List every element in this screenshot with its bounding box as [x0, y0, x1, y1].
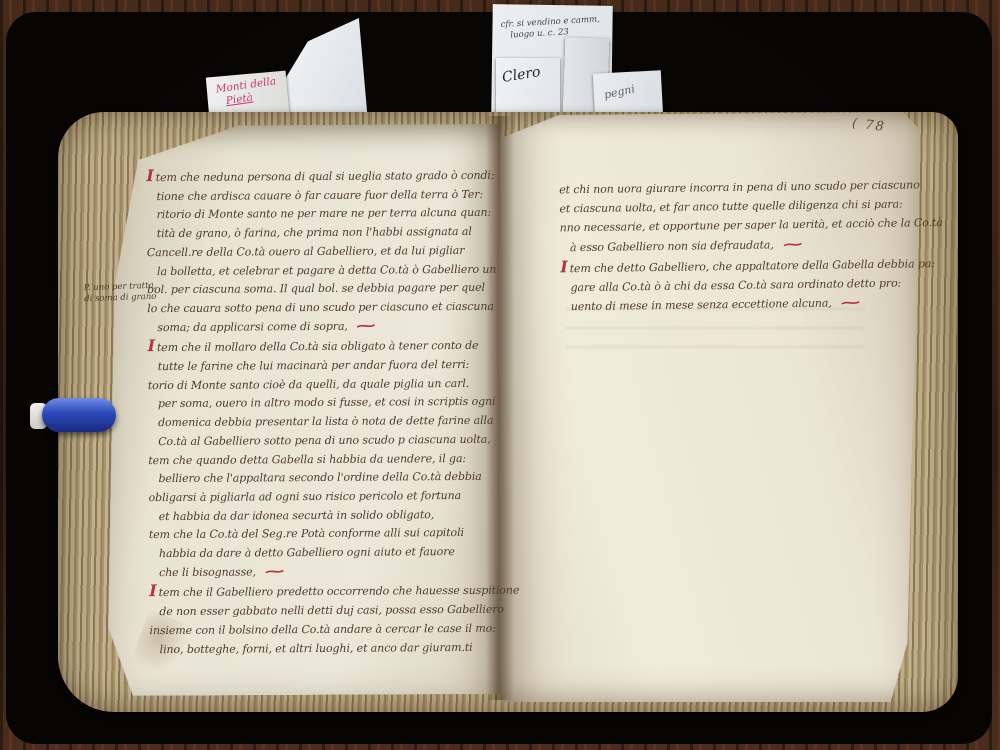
- manuscript-line-text: lo che cauara sotto pena di uno scudo pe…: [147, 300, 494, 315]
- manuscript-line: habbia da dare à detto Gabelliero ogni a…: [159, 543, 485, 564]
- manuscript-line-text: et chi non uora giurare incorra in pena …: [559, 178, 920, 196]
- manuscript-line-text: insieme con il bolsino della Co.tà andar…: [149, 622, 495, 637]
- manuscript-line-text: torio di Monte santo cioè da quelli, da …: [148, 377, 469, 392]
- manuscript-line: Co.tà al Gabelliero sotto pena di uno sc…: [158, 431, 484, 452]
- margin-note: P. uno per tratta, di soma di grano: [84, 281, 155, 305]
- red-initial: I: [560, 257, 568, 276]
- manuscript-line: Cancell.re della Co.tà ouero al Gabellie…: [147, 242, 483, 263]
- manuscript-line-text: bol. per ciascuna soma. Il qual bol. se …: [147, 281, 485, 296]
- red-flourish-mark: ~: [836, 290, 864, 316]
- red-initial: I: [147, 336, 155, 355]
- manuscript-line-text: tutte le farine che lui macinarà per and…: [158, 358, 470, 373]
- left-page-text: Item che neduna persona di qual si uegli…: [146, 165, 485, 660]
- red-flourish-mark: ~: [260, 560, 288, 585]
- manuscript-line: lino, botteghe, forni, et altri luoghi, …: [160, 638, 486, 659]
- manuscript-line-text: tem che neduna persona di qual si ueglia…: [156, 169, 495, 184]
- clero-label: Clero: [501, 64, 542, 86]
- manuscript-line-text: che li bisognasse,: [159, 565, 256, 579]
- manuscript-line-text: Cancell.re della Co.tà ouero al Gabellie…: [147, 244, 465, 259]
- manuscript-line-text: tione che ardisca cauare ò far cauare fu…: [156, 188, 483, 203]
- manuscript-line-text: domenica debbia presentar la lista ò not…: [158, 414, 493, 429]
- manuscript-line: insieme con il bolsino della Co.tà andar…: [149, 620, 485, 641]
- manuscript-line: de non esser gabbato nelli detti duj cas…: [159, 601, 485, 622]
- manuscript-line: tem che quando detta Gabella si habbia d…: [148, 449, 484, 470]
- manuscript-line-text: la bolletta, et celebrar et pagare à det…: [157, 262, 496, 277]
- manuscript-line-text: tità de grano, ò farina, che prima non l…: [157, 225, 472, 240]
- manuscript-line-text: à esso Gabelliero non sia defraudata,: [570, 238, 774, 254]
- manuscript-line: obligarsi à pigliarla ad ogni suo risico…: [149, 487, 485, 508]
- manuscript-line-text: obligarsi à pigliarla ad ogni suo risico…: [149, 489, 462, 504]
- manuscript-line-text: belliero che l'appaltara secondo l'ordin…: [158, 470, 481, 485]
- manuscript-line-text: tem che detto Gabelliero, che appaltator…: [570, 257, 935, 275]
- manuscript-line: Item che il Gabelliero predetto occorren…: [149, 580, 485, 603]
- manuscript-line: la bolletta, et celebrar et pagare à det…: [157, 260, 483, 281]
- manuscript-line-text: lino, botteghe, forni, et altri luoghi, …: [160, 640, 473, 655]
- manuscript-line: belliero che l'appaltara secondo l'ordin…: [158, 468, 484, 489]
- manuscript-line: et habbia da dar idonea securtà in solid…: [159, 505, 485, 526]
- manuscript-line: ritorio di Monte santo ne per mare ne pe…: [157, 204, 483, 225]
- manuscript-line: soma; da applicarsi come di sopra,~: [157, 316, 483, 337]
- manuscript-line-text: soma; da applicarsi come di sopra,: [157, 319, 347, 333]
- pegni-label: pegni: [603, 82, 636, 101]
- clero-slip: Clero: [496, 58, 560, 120]
- manuscript-line: torio di Monte santo cioè da quelli, da …: [148, 375, 484, 396]
- manuscript-line-text: habbia da dare à detto Gabelliero ogni a…: [159, 545, 455, 560]
- red-initial: I: [149, 582, 157, 601]
- manuscript-line-text: et ciascuna uolta, et far anco tutte que…: [559, 198, 902, 216]
- manuscript-line: domenica debbia presentar la lista ò not…: [158, 412, 484, 433]
- red-flourish-mark: ~: [778, 231, 806, 257]
- manuscript-line-text: tem che la Co.tà del Seg.re Potà conform…: [149, 526, 464, 541]
- manuscript-line: tutte le farine che lui macinarà per and…: [158, 356, 484, 377]
- manuscript-line: tità de grano, ò farina, che prima non l…: [157, 223, 483, 244]
- manuscript-line-text: tem che quando detta Gabella si habbia d…: [148, 452, 466, 467]
- red-initial: I: [146, 166, 154, 185]
- manuscript-line: tione che ardisca cauare ò far cauare fu…: [156, 186, 482, 207]
- manuscript-line: per soma, ouero in altro modo si fusse, …: [158, 393, 484, 414]
- manuscript-line-text: et habbia da dar idonea securtà in solid…: [159, 508, 435, 523]
- manuscript-line-text: per soma, ouero in altro modo si fusse, …: [158, 395, 496, 410]
- manuscript-line: che li bisognasse,~: [159, 562, 485, 583]
- manuscript-line-text: Co.tà al Gabelliero sotto pena di uno sc…: [158, 433, 491, 448]
- blue-clip-body: [42, 398, 116, 432]
- manuscript-line-text: tem che il Gabelliero predetto occorrend…: [159, 584, 520, 600]
- manuscript-line-text: tem che il mollaro della Co.tà sia oblig…: [157, 339, 479, 354]
- manuscript-line: uento di mese in mese senza eccettione a…: [571, 293, 895, 317]
- right-page-text: et chi non uora giurare incorra in pena …: [559, 176, 895, 317]
- red-flourish-mark: ~: [352, 314, 380, 339]
- manuscript-line: Item che il mollaro della Co.tà sia obli…: [147, 335, 483, 358]
- manuscript-line: tem che la Co.tà del Seg.re Potà conform…: [149, 524, 485, 545]
- manuscript-line: lo che cauara sotto pena di uno scudo pe…: [147, 298, 483, 319]
- manuscript-line-text: ritorio di Monte santo ne per mare ne pe…: [157, 206, 492, 221]
- manuscript-line: bol. per ciascuna soma. Il qual bol. se …: [147, 279, 483, 300]
- manuscript-line-text: nno necessarie, et opportune per saper l…: [560, 216, 943, 234]
- manuscript-line-text: uento di mese in mese senza eccettione a…: [571, 297, 832, 314]
- blue-clip: [30, 398, 116, 434]
- manuscript-line-text: de non esser gabbato nelli detti duj cas…: [159, 603, 504, 618]
- manuscript-line: Item che neduna persona di qual si uegli…: [146, 165, 482, 188]
